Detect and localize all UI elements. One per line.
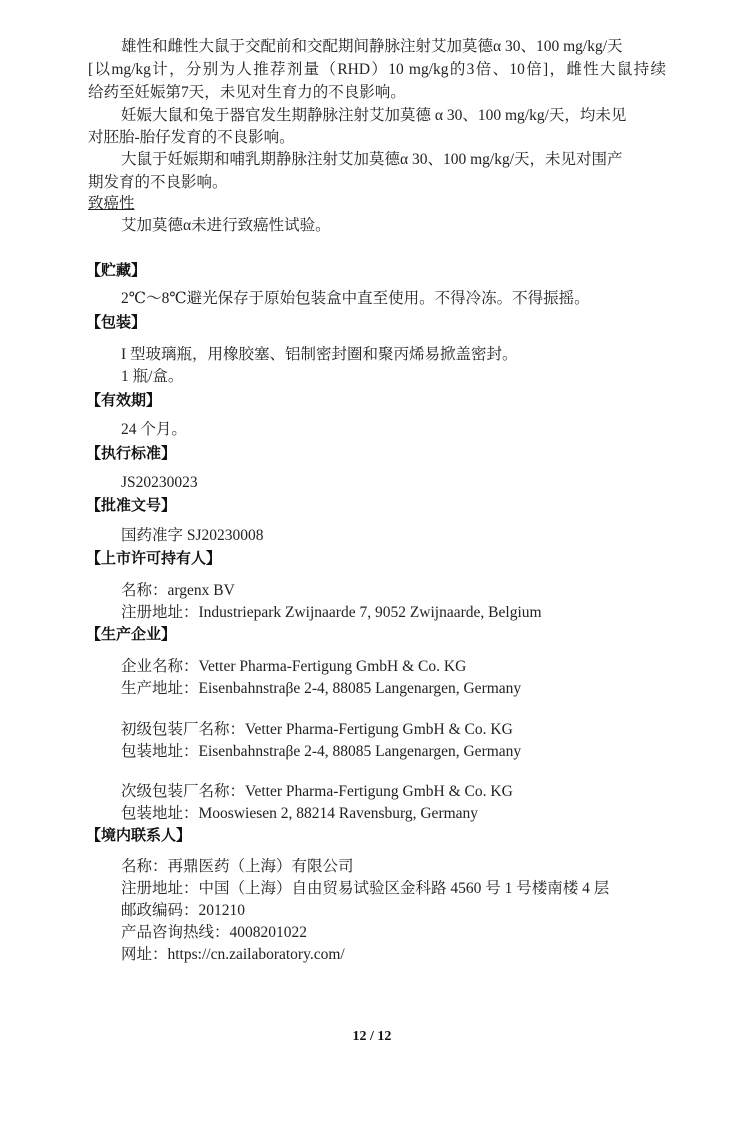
secondary-packager-address: 包装地址：Mooswiesen 2, 88214 Ravensburg, Ger… [121,803,478,825]
packaging-line-2: 1 瓶/盒。 [121,366,183,388]
mah-heading: 【上市许可持有人】 [86,547,221,569]
repro-paragraph-3-line-1: 大鼠于妊娠期和哺乳期静脉注射艾加莫德α 30、100 mg/kg/天，未见对围产 [121,149,623,171]
carcinogenicity-text: 艾加莫德α未进行致癌性试验。 [121,215,331,237]
mah-address: 注册地址：Industriepark Zwijnaarde 7, 9052 Zw… [121,602,542,624]
domestic-contact-hotline: 产品咨询热线：4008201022 [121,922,307,944]
primary-packager-name: 初级包装厂名称：Vetter Pharma-Fertigung GmbH & C… [121,719,513,741]
repro-paragraph-1-line-1: 雄性和雌性大鼠于交配前和交配期间静脉注射艾加莫德α 30、100 mg/kg/天 [121,36,623,58]
packaging-line-1: I 型玻璃瓶，用橡胶塞、铝制密封圈和聚丙烯易掀盖密封。 [121,344,518,366]
domestic-contact-website: 网址：https://cn.zailaboratory.com/ [121,944,345,966]
shelf-life-heading: 【有效期】 [86,389,161,411]
page-number: 12 / 12 [0,1027,744,1047]
primary-packager-address: 包装地址：Eisenbahnstraβe 2-4, 88085 Langenar… [121,741,521,763]
manufacturer-company-name: 企业名称：Vetter Pharma-Fertigung GmbH & Co. … [121,656,466,678]
manufacturer-production-address: 生产地址：Eisenbahnstraβe 2-4, 88085 Langenar… [121,678,521,700]
carcinogenicity-subheading: 致癌性 [88,193,135,215]
domestic-contact-name: 名称：再鼎医药（上海）有限公司 [121,856,354,878]
domestic-contact-address: 注册地址：中国（上海）自由贸易试验区金科路 4560 号 1 号楼南楼 4 层 [121,878,609,900]
repro-paragraph-2-line-1: 妊娠大鼠和兔于器官发生期静脉注射艾加莫德 α 30、100 mg/kg/天，均未… [121,105,626,127]
repro-paragraph-1-line-2: [以mg/kg计，分别为人推荐剂量（RHD）10 mg/kg的3倍、10倍]，雌… [88,59,666,81]
repro-paragraph-3-line-2: 期发育的不良影响。 [88,172,228,194]
manufacturer-heading: 【生产企业】 [86,623,176,645]
mah-name: 名称：argenx BV [121,580,235,602]
packaging-heading: 【包装】 [86,311,146,333]
approval-heading: 【批准文号】 [86,494,176,516]
standard-heading: 【执行标准】 [86,442,176,464]
secondary-packager-name: 次级包装厂名称：Vetter Pharma-Fertigung GmbH & C… [121,781,513,803]
repro-paragraph-2-line-2: 对胚胎-胎仔发育的不良影响。 [88,127,295,149]
approval-text: 国药准字 SJ20230008 [121,525,264,547]
storage-text: 2℃～8℃避光保存于原始包装盒中直至使用。不得冷冻。不得振摇。 [121,288,590,310]
domestic-contact-postcode: 邮政编码：201210 [121,900,245,922]
standard-text: JS20230023 [121,472,198,494]
domestic-contact-heading: 【境内联系人】 [86,824,191,846]
shelf-life-text: 24 个月。 [121,419,187,441]
repro-paragraph-1-line-3: 给药至妊娠第7天，未见对生育力的不良影响。 [88,82,406,104]
storage-heading: 【贮藏】 [86,259,146,281]
